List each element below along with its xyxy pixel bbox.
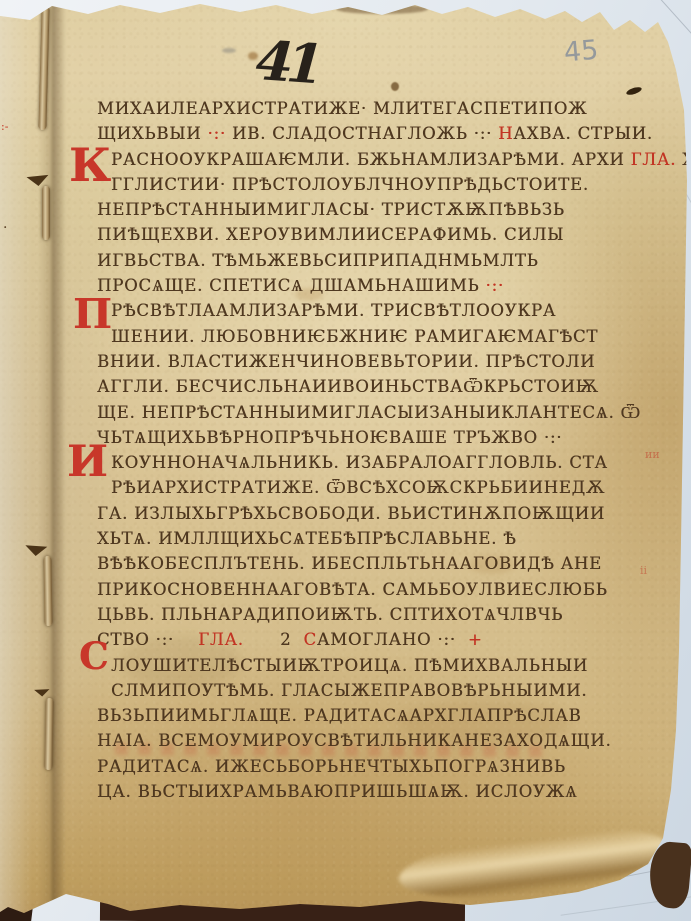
text-run: 2 (244, 630, 304, 649)
parchment-page: 41 45 михаилеархистратиже· млитегаспетип… (0, 0, 691, 921)
text-line: просѧще. спетисѧ дшамьнашимь ·:· (97, 273, 663, 298)
rubric-initial: К (69, 142, 111, 188)
text-run: рѣиархистратиже. ѿвсѣхсоѭскрьбиинедѫ (111, 478, 605, 497)
text-run: наіа. всемоумироусвѣтильниканезаходѧщи. (97, 731, 612, 750)
text-line: га. излыхьгрѣхьсвободи. вьистинѫпоѭщии (97, 501, 663, 526)
text-run: лоушителѣстыиѭтроицѧ. пѣмихвальныи (111, 656, 588, 675)
text-run: слмипоутѣмь. гласыжеправовѣрьныими. (111, 681, 587, 700)
text-run: с (303, 630, 316, 649)
text-line: лоушителѣстыиѭтроицѧ. пѣмихвальныи (97, 653, 663, 678)
rubric-initial: П (73, 294, 112, 335)
text-run: радитасѧ. ижесьборьнечтыхьпогрѧзнивь (97, 757, 566, 776)
text-run: аггли. бесчисльнаиивоиньстваѿкрьстоиѭ (97, 377, 599, 396)
text-run: ца. вьстыихрамьваюпришьшѧѭ. ислоужѧ (97, 782, 578, 801)
text-line: шении. любовниѥбжниѥ рамигаѥмагѣст (97, 324, 663, 349)
text-run: просѧще. спетисѧ дшамьнашимь (97, 276, 485, 295)
text-line: щихьвыи ·:· ив. сладостнагложь ·:· нахва… (97, 121, 663, 146)
text-run: раснооукрашаѥмли. бжьнамлизарѣми. архи (111, 150, 631, 169)
text-line: вьзьпиимьглѧще. радитасѧархглапрѣслав (97, 703, 663, 728)
binding-cord (42, 186, 50, 240)
text-run: чьтѧщихьвѣрнопрѣчьноѥваше тръжво ·:· (97, 428, 562, 447)
spine-highlight (0, 0, 32, 921)
rubric-initial: С (79, 638, 108, 675)
text-run: га. излыхьгрѣхьсвободи. вьистинѫпоѭщии (97, 504, 605, 523)
text-line: хьтѧ. имллщихьсѧтебѣпрѣславьне. ѣ (97, 526, 663, 551)
margin-mark: ии (645, 448, 660, 461)
text-run: н (498, 124, 513, 143)
binding-notch (34, 689, 50, 697)
text-run: ство ·:· (97, 630, 198, 649)
text-line: чьтѧщихьвѣрнопрѣчьноѥваше тръжво ·:· (97, 425, 663, 450)
text-run: вѣѣкобесплътень. ибеспльтьнааговидѣ ане (97, 554, 602, 573)
pencil-smudge (222, 48, 236, 53)
folio-number-ink: 41 (254, 28, 319, 96)
text-line: ще. непрѣстанныимигласыизаныиклантесѧ. ѿ (97, 400, 663, 425)
text-line: слмипоутѣмь. гласыжеправовѣрьныими. (97, 678, 663, 703)
text-run: + (468, 630, 483, 649)
text-run: амоглано ·:· (317, 630, 468, 649)
text-line: ца. вьстыихрамьваюпришьшѧѭ. ислоужѧ (97, 779, 663, 804)
text-line: аггли. бесчисльнаиивоиньстваѿкрьстоиѭ (97, 374, 663, 399)
text-line: гглистии· прѣстолоублчноупрѣдьстоите. (97, 172, 663, 197)
text-run: ще. непрѣстанныимигласыизаныиклантесѧ. ѿ (97, 403, 641, 422)
text-run: шении. любовниѥбжниѥ рамигаѥмагѣст (111, 327, 598, 346)
binding-cord (44, 698, 53, 770)
text-block: михаилеархистратиже· млитегаспетипожщихь… (97, 96, 663, 804)
text-run: коунноначѧльникь. изабралоаггловль. ста (111, 453, 608, 472)
margin-mark: іі (640, 564, 647, 577)
binding-notch (25, 545, 48, 557)
text-line: внии. властиженчиновевьтории. прѣстоли (97, 349, 663, 374)
text-line: радитасѧ. ижесьборьнечтыхьпогрѧзнивь (97, 754, 663, 779)
text-run: михаилеархистратиже· млитегаспетипож (97, 99, 587, 118)
text-run: непрѣстанныимигласы· тристѫѭпѣвьзь (97, 200, 565, 219)
text-line: ство ·:· гла. 2 самоглано ·:· + (97, 627, 663, 652)
text-run: цьвь. пльнарадипоиѭть. сптихотѧчлвчь (97, 605, 563, 624)
margin-mark: · (3, 220, 7, 236)
rubric-initial: И (67, 441, 108, 484)
text-line: рѣиархистратиже. ѿвсѣхсоѭскрьбиинедѫ (97, 475, 663, 500)
text-line: наіа. всемоумироусвѣтильниканезаходѧщи. (97, 728, 663, 753)
text-run: прикосновеннааговѣта. самьбоулвиеслюбь (97, 580, 608, 599)
text-run: гла. (631, 150, 677, 169)
text-line: игвьства. тѣмьжевьсиприпаднмьмлть (97, 248, 663, 273)
text-run: ·:· (485, 276, 503, 295)
text-run: хьтѧ. имллщихьсѧтебѣпрѣславьне. ѣ (97, 529, 517, 548)
text-run: пиѣщехви. хероувимлиисерафимь. силы (97, 225, 564, 244)
text-line: раснооукрашаѥмли. бжьнамлизарѣми. архи г… (97, 147, 663, 172)
text-run: ·:· (207, 124, 225, 143)
text-line: коунноначѧльникь. изабралоаггловль. ста (97, 450, 663, 475)
text-run: гла. (198, 630, 244, 649)
stain (391, 82, 399, 91)
text-run: вьзьпиимьглѧще. радитасѧархглапрѣслав (97, 706, 581, 725)
text-run: ив. сладостнагложь ·:· (226, 124, 498, 143)
manuscript-photo: 41 45 михаилеархистратиже· млитегаспетип… (0, 0, 691, 921)
binding-cord (43, 556, 52, 626)
text-run: ахва. стрыи. (513, 124, 653, 143)
folio-number-pencil: 45 (563, 35, 600, 69)
text-line: цьвь. пльнарадипоиѭть. сптихотѧчлвчь (97, 602, 663, 627)
text-run: рѣсвѣтлаамлизарѣми. трисвѣтлооукра (111, 301, 556, 320)
text-run: щихьвыи (97, 124, 207, 143)
text-line: прикосновеннааговѣта. самьбоулвиеслюбь (97, 577, 663, 602)
text-line: пиѣщехви. хероувимлиисерафимь. силы (97, 222, 663, 247)
text-run: внии. властиженчиновевьтории. прѣстоли (97, 352, 595, 371)
text-line: михаилеархистратиже· млитегаспетипож (97, 96, 663, 121)
spine-crease (38, 0, 66, 921)
text-line: вѣѣкобесплътень. ибеспльтьнааговидѣ ане (97, 551, 663, 576)
text-line: непрѣстанныимигласы· тристѫѭпѣвьзь (97, 197, 663, 222)
text-run: гглистии· прѣстолоублчноупрѣдьстоите. (111, 175, 589, 194)
text-run: игвьства. тѣмьжевьсиприпаднмьмлть (97, 251, 539, 270)
margin-mark: :- (1, 120, 8, 133)
text-line: рѣсвѣтлаамлизарѣми. трисвѣтлооукра (97, 298, 663, 323)
